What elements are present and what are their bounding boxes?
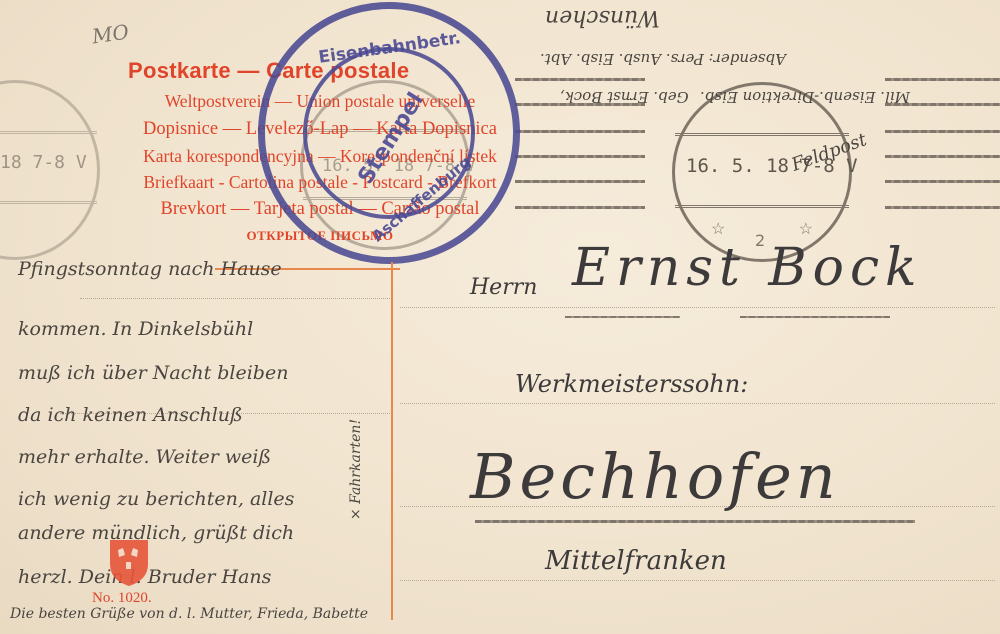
cancel-line — [885, 206, 1000, 209]
message-line: kommen. In Dinkelsbühl — [18, 318, 253, 340]
name-underline — [565, 316, 680, 318]
publisher-shield-icon — [108, 538, 150, 588]
cancel-line — [885, 155, 1000, 158]
address-line — [400, 307, 995, 308]
town-underline — [475, 520, 915, 523]
message-line: andere mündlich, grüßt dich — [18, 522, 294, 544]
writing-line — [80, 298, 390, 299]
cancel-line — [885, 130, 1000, 133]
corner-note: MO — [91, 20, 131, 49]
star-icon: ☆ — [799, 219, 813, 239]
star-icon: ☆ — [711, 219, 725, 239]
name-underline — [740, 316, 890, 318]
message-line: Pfingstsonntag nach Hause — [18, 258, 282, 280]
message-line: mehr erhalte. Weiter weiß — [18, 446, 271, 468]
return-address-line: Wünschen — [545, 5, 660, 30]
address-region: Mittelfranken — [545, 546, 727, 576]
publisher-number: No. 1020. — [92, 590, 152, 607]
cancel-line — [885, 180, 1000, 183]
address-town: Bechhofen — [470, 440, 840, 513]
cancel-line — [885, 78, 1000, 81]
return-address-line: Geb. Ernst Bock, — [560, 88, 689, 106]
center-divider — [391, 262, 393, 620]
address-salutation: Herrn — [470, 275, 537, 300]
cancel-line — [515, 78, 645, 81]
message-line: ich wenig zu berichten, alles — [18, 488, 294, 510]
message-line: da ich keinen Anschluß — [18, 404, 243, 426]
address-title: Werkmeisterssohn: — [515, 370, 748, 398]
postcard: MO 18 7-8 V ☆ ☆ 2 16. 5. 18 7-8 V 16. 5.… — [0, 0, 1000, 634]
return-address-line: Absender: Pers. Ausb. Eisb. Abt. — [540, 50, 786, 68]
address-line — [400, 580, 995, 581]
message-line: Die besten Grüße von d. l. Mutter, Fried… — [10, 606, 368, 622]
return-address-line: Mil. Eisenb.-Direktion Eisb. — [700, 88, 910, 106]
margin-note: × Fahrkarten! — [348, 419, 364, 520]
address-name: Ernst Bock — [572, 238, 923, 298]
address-line — [400, 403, 995, 404]
message-line: muß ich über Nacht bleiben — [18, 362, 288, 384]
